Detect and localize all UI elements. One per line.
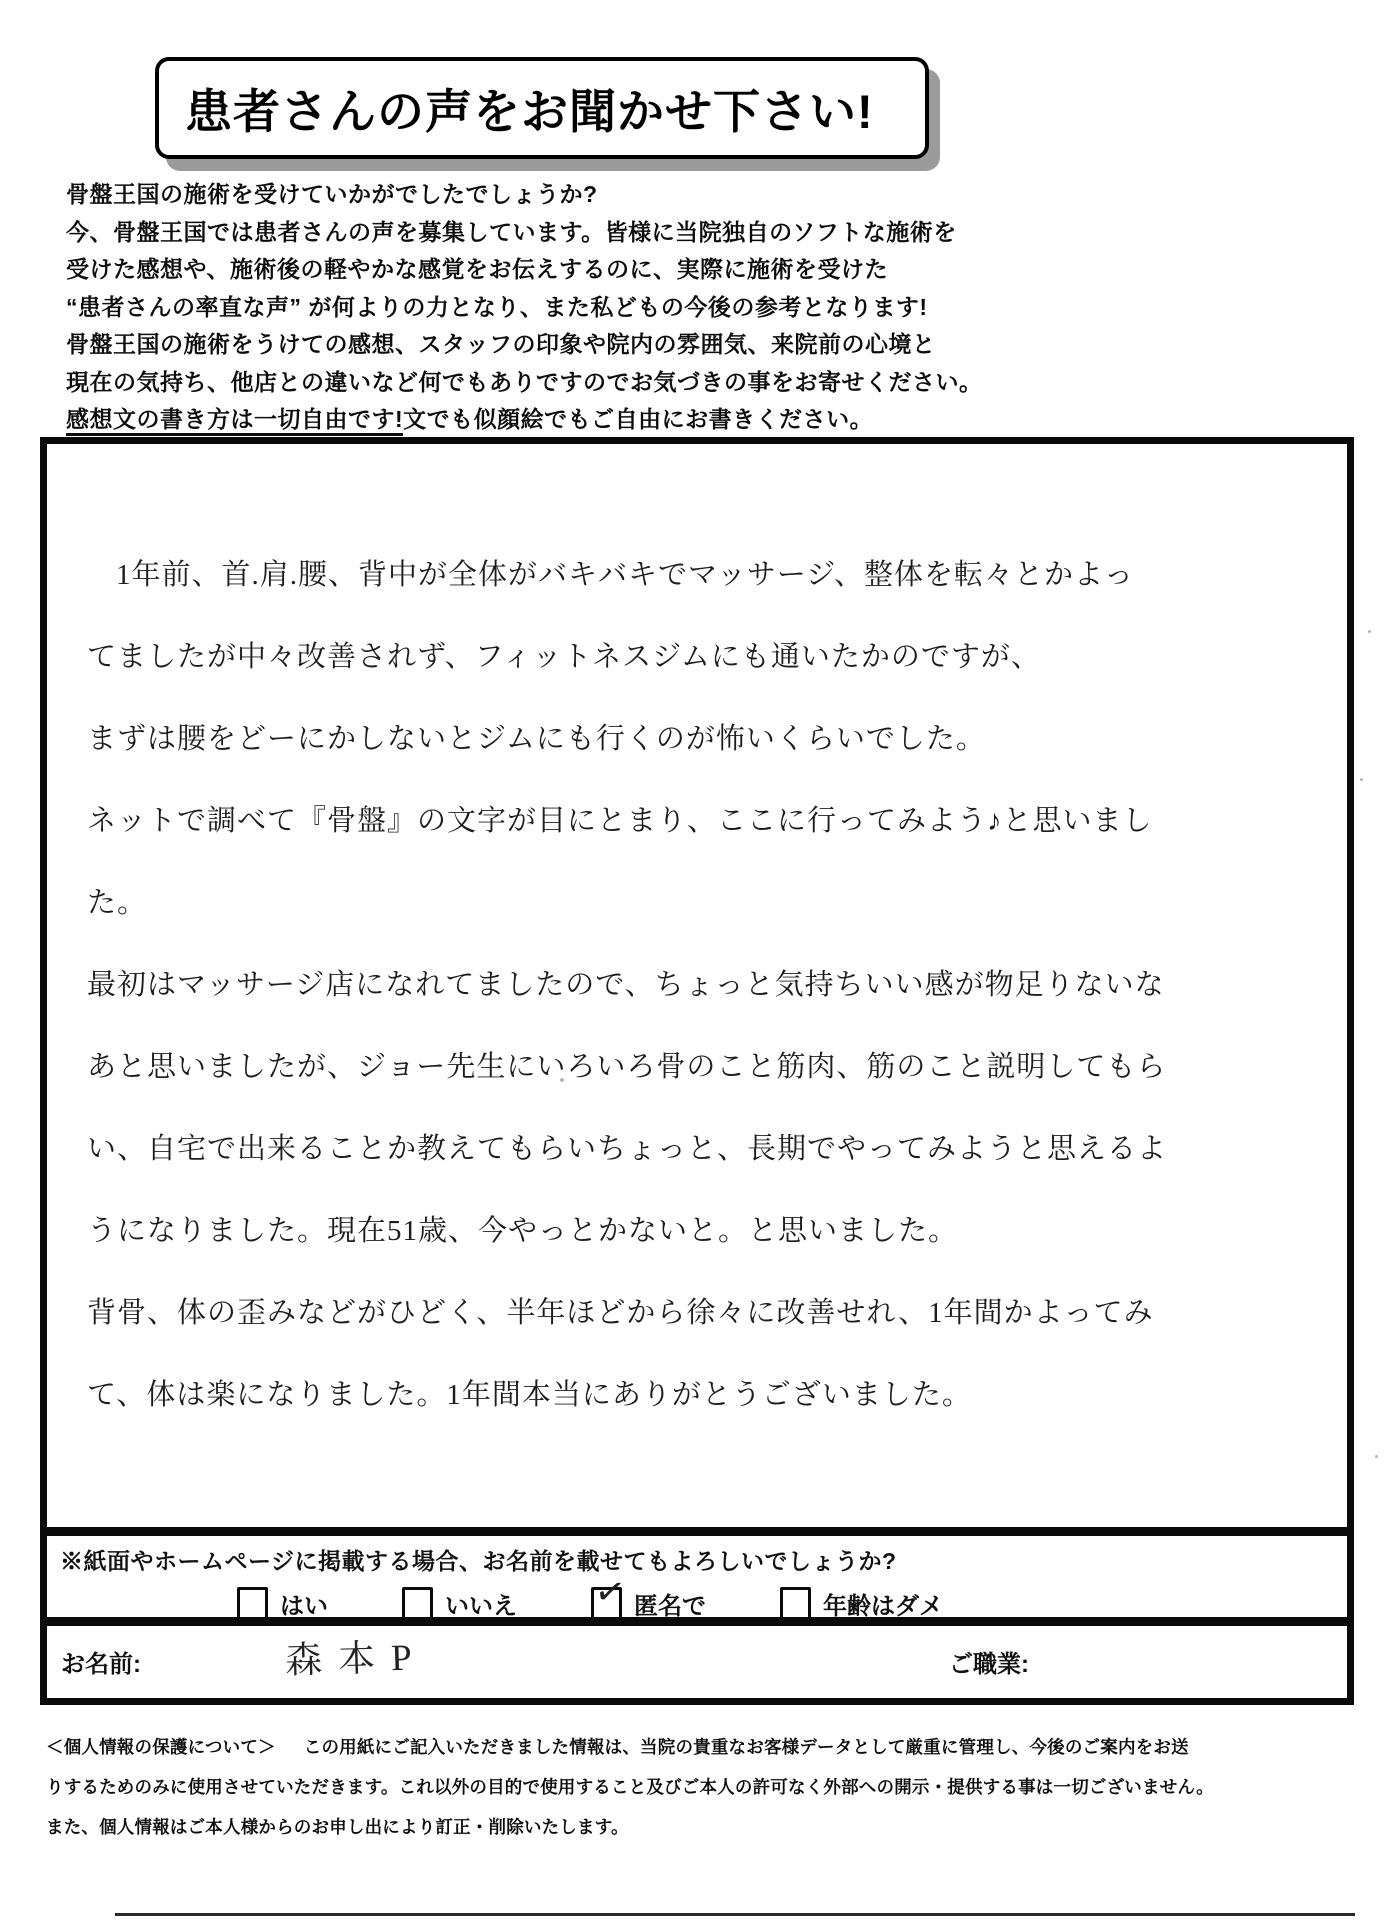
- checkbox-icon[interactable]: [402, 1587, 433, 1620]
- checkmark-icon: ✓: [592, 1569, 629, 1616]
- consent-option-label: はい: [280, 1586, 328, 1621]
- testimonial-line: い、自宅で出来ることか教えてもらいちょっと、長期でやってみようと思えるよ: [87, 1126, 1319, 1208]
- testimonial-text-area[interactable]: 1年前、首.肩.腰、背中が全体がバキバキでマッサージ、整体を転々とかよっ てまし…: [47, 444, 1347, 1527]
- name-label: お名前:: [61, 1644, 141, 1679]
- consent-option-hai[interactable]: はい: [237, 1586, 328, 1621]
- testimonial-line: まずは腰をどーにかしないとジムにも行くのが怖いくらいでした。: [87, 716, 1319, 798]
- consent-option-nenrei[interactable]: 年齢はダメ: [780, 1586, 943, 1621]
- scan-speck: [1360, 778, 1363, 781]
- privacy-line: りするためのみに使用させていただきます。これ以外の目的で使用すること及びご本人の…: [46, 1767, 1362, 1807]
- checkbox-icon[interactable]: [237, 1587, 268, 1620]
- testimonial-line: てましたが中々改善されず、フィットネスジムにも通いたかのですが、: [87, 634, 1319, 716]
- intro-line: 現在の気持ち、他店との違いなど何でもありですのでお気づきの事をお寄せください。: [66, 364, 1116, 402]
- name-row: お名前: 森本P ご職業:: [47, 1617, 1347, 1698]
- scan-speck: [560, 1078, 564, 1082]
- intro-line: 今、骨盤王国では患者さんの声を募集しています。皆様に当院独自のソフトな施術を: [66, 214, 1116, 252]
- testimonial-line: あと思いましたが、ジョー先生にいろいろ骨のこと筋肉、筋のこと説明してもら: [87, 1044, 1319, 1126]
- testimonial-line: 最初はマッサージ店になれてましたので、ちょっと気持ちいい感が物足りないな: [87, 962, 1319, 1044]
- consent-option-label: 年齢はダメ: [823, 1586, 943, 1621]
- title-banner: 患者さんの声をお聞かせ下さい!: [155, 57, 929, 159]
- job-label: ご職業:: [949, 1644, 1029, 1679]
- name-field[interactable]: 森本P: [284, 1626, 428, 1684]
- consent-option-label: 匿名で: [634, 1586, 706, 1621]
- testimonial-line: て、体は楽になりました。1年間本当にありがとうございました。: [87, 1372, 1319, 1454]
- scanned-feedback-form: 患者さんの声をお聞かせ下さい! 骨盤王国の施術を受けていかがでしたでしょうか? …: [0, 0, 1395, 1920]
- consent-section: ※紙面やホームページに掲載する場合、お名前を載せてもよろしいでしょうか? はい …: [47, 1527, 1347, 1617]
- consent-option-tokumei[interactable]: ✓ 匿名で: [591, 1586, 706, 1621]
- intro-line: “患者さんの率直な声” が何よりの力となり、また私どもの今後の参考となります!: [66, 289, 1116, 327]
- scan-edge-line: [115, 1913, 1355, 1916]
- intro-line: 骨盤王国の施術をうけての感想、スタッフの印象や院内の雰囲気、来院前の心境と: [66, 326, 1116, 364]
- intro-line-underlined: 感想文の書き方は一切自由です!文でも似顔絵でもご自由にお書きください。: [66, 401, 1116, 439]
- feedback-box: 1年前、首.肩.腰、背中が全体がバキバキでマッサージ、整体を転々とかよっ てまし…: [40, 437, 1354, 1705]
- scan-speck: [1375, 1455, 1378, 1458]
- privacy-text: この用紙にご記入いただきました情報は、当院の貴重なお客様データとして厳重に管理し…: [304, 1737, 1189, 1757]
- intro-line: 骨盤王国の施術を受けていかがでしたでしょうか?: [66, 176, 1116, 214]
- testimonial-line: ネットで調べて『骨盤』の文字が目にとまり、ここに行ってみよう♪と思いまし: [87, 798, 1319, 880]
- testimonial-line: 1年前、首.肩.腰、背中が全体がバキバキでマッサージ、整体を転々とかよっ: [87, 552, 1319, 634]
- intro-line: 受けた感想や、施術後の軽やかな感覚をお伝えするのに、実際に施術を受けた: [66, 251, 1116, 289]
- consent-option-label: いいえ: [445, 1586, 517, 1621]
- testimonial-line: 背骨、体の歪みなどがひどく、半年ほどから徐々に改善せれ、1年間かよってみ: [87, 1290, 1319, 1372]
- consent-option-iie[interactable]: いいえ: [402, 1586, 517, 1621]
- testimonial-line: うになりました。現在51歳、今やっとかないと。と思いました。: [87, 1208, 1319, 1290]
- privacy-line: また、個人情報はご本人様からのお申し出により訂正・削除いたします。: [46, 1807, 1362, 1847]
- consent-question: ※紙面やホームページに掲載する場合、お名前を載せてもよろしいでしょうか?: [47, 1536, 1347, 1576]
- testimonial-line: た。: [87, 880, 1319, 962]
- underlined-text: 感想文の書き方は一切自由です!: [66, 406, 403, 436]
- checkbox-icon[interactable]: [780, 1587, 811, 1620]
- scan-speck: [1368, 630, 1371, 633]
- consent-options: はい いいえ ✓ 匿名で 年齢はダメ: [237, 1586, 1347, 1621]
- page-title: 患者さんの声をお聞かせ下さい!: [185, 75, 874, 142]
- privacy-line: ＜個人情報の保護について＞この用紙にご記入いただきました情報は、当院の貴重なお客…: [46, 1727, 1362, 1767]
- checkbox-icon-checked[interactable]: ✓: [591, 1587, 622, 1620]
- privacy-notice: ＜個人情報の保護について＞この用紙にご記入いただきました情報は、当院の貴重なお客…: [46, 1727, 1362, 1847]
- intro-paragraph: 骨盤王国の施術を受けていかがでしたでしょうか? 今、骨盤王国では患者さんの声を募…: [66, 176, 1116, 476]
- intro-line-rest: 文でも似顔絵でもご自由にお書きください。: [403, 406, 873, 432]
- privacy-heading: ＜個人情報の保護について＞: [46, 1737, 276, 1757]
